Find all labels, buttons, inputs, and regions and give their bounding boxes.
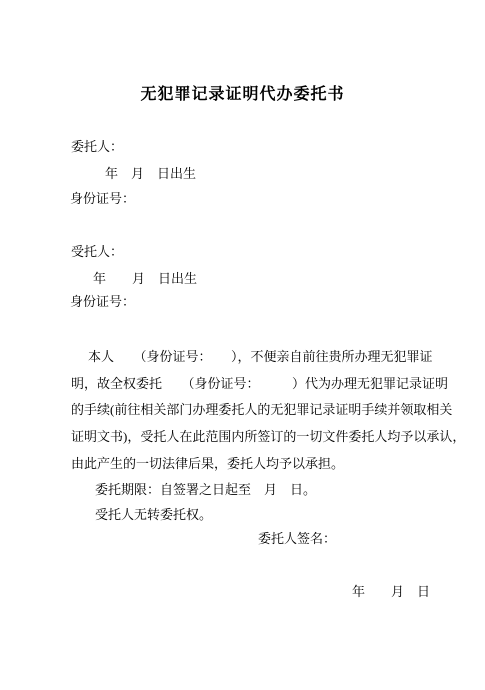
body-paragraph-line: 证明文书)，受托人在此范围内所签订的一切文件委托人均予以承认， bbox=[71, 429, 465, 444]
document-title: 无犯罪记录证明代办委托书 bbox=[0, 86, 485, 104]
no-transfer-line: 受托人无转委托权。 bbox=[95, 507, 212, 522]
document-page: 无犯罪记录证明代办委托书 委托人： 年 月 日出生 身份证号： 受托人： 年 月… bbox=[0, 0, 485, 690]
principal-name-label: 委托人： bbox=[71, 139, 123, 154]
body-paragraph-line: 本人 （身份证号： ），不便亲自前往贵所办理无犯罪证 bbox=[88, 349, 433, 364]
principal-id-label: 身份证号： bbox=[70, 191, 135, 206]
signature-label: 委托人签名： bbox=[258, 531, 336, 546]
body-paragraph-line: 由此产生的一切法律后果，委托人均予以承担。 bbox=[71, 456, 344, 471]
trustee-id-label: 身份证号： bbox=[70, 294, 135, 309]
term-line: 委托期限：自签署之日起至 月 日。 bbox=[95, 482, 316, 497]
signature-date-line: 年 月 日 bbox=[352, 584, 430, 599]
body-paragraph-line: 明，故全权委托 （身份证号： ）代为办理无犯罪记录证明 bbox=[71, 376, 448, 391]
body-paragraph-line: 的手续(前往相关部门办理委托人的无犯罪记录证明手续并领取相关 bbox=[71, 402, 452, 417]
trustee-birth-date-line: 年 月 日出生 bbox=[93, 271, 197, 286]
principal-birth-date-line: 年 月 日出生 bbox=[105, 166, 196, 181]
trustee-name-label: 受托人： bbox=[71, 244, 123, 259]
